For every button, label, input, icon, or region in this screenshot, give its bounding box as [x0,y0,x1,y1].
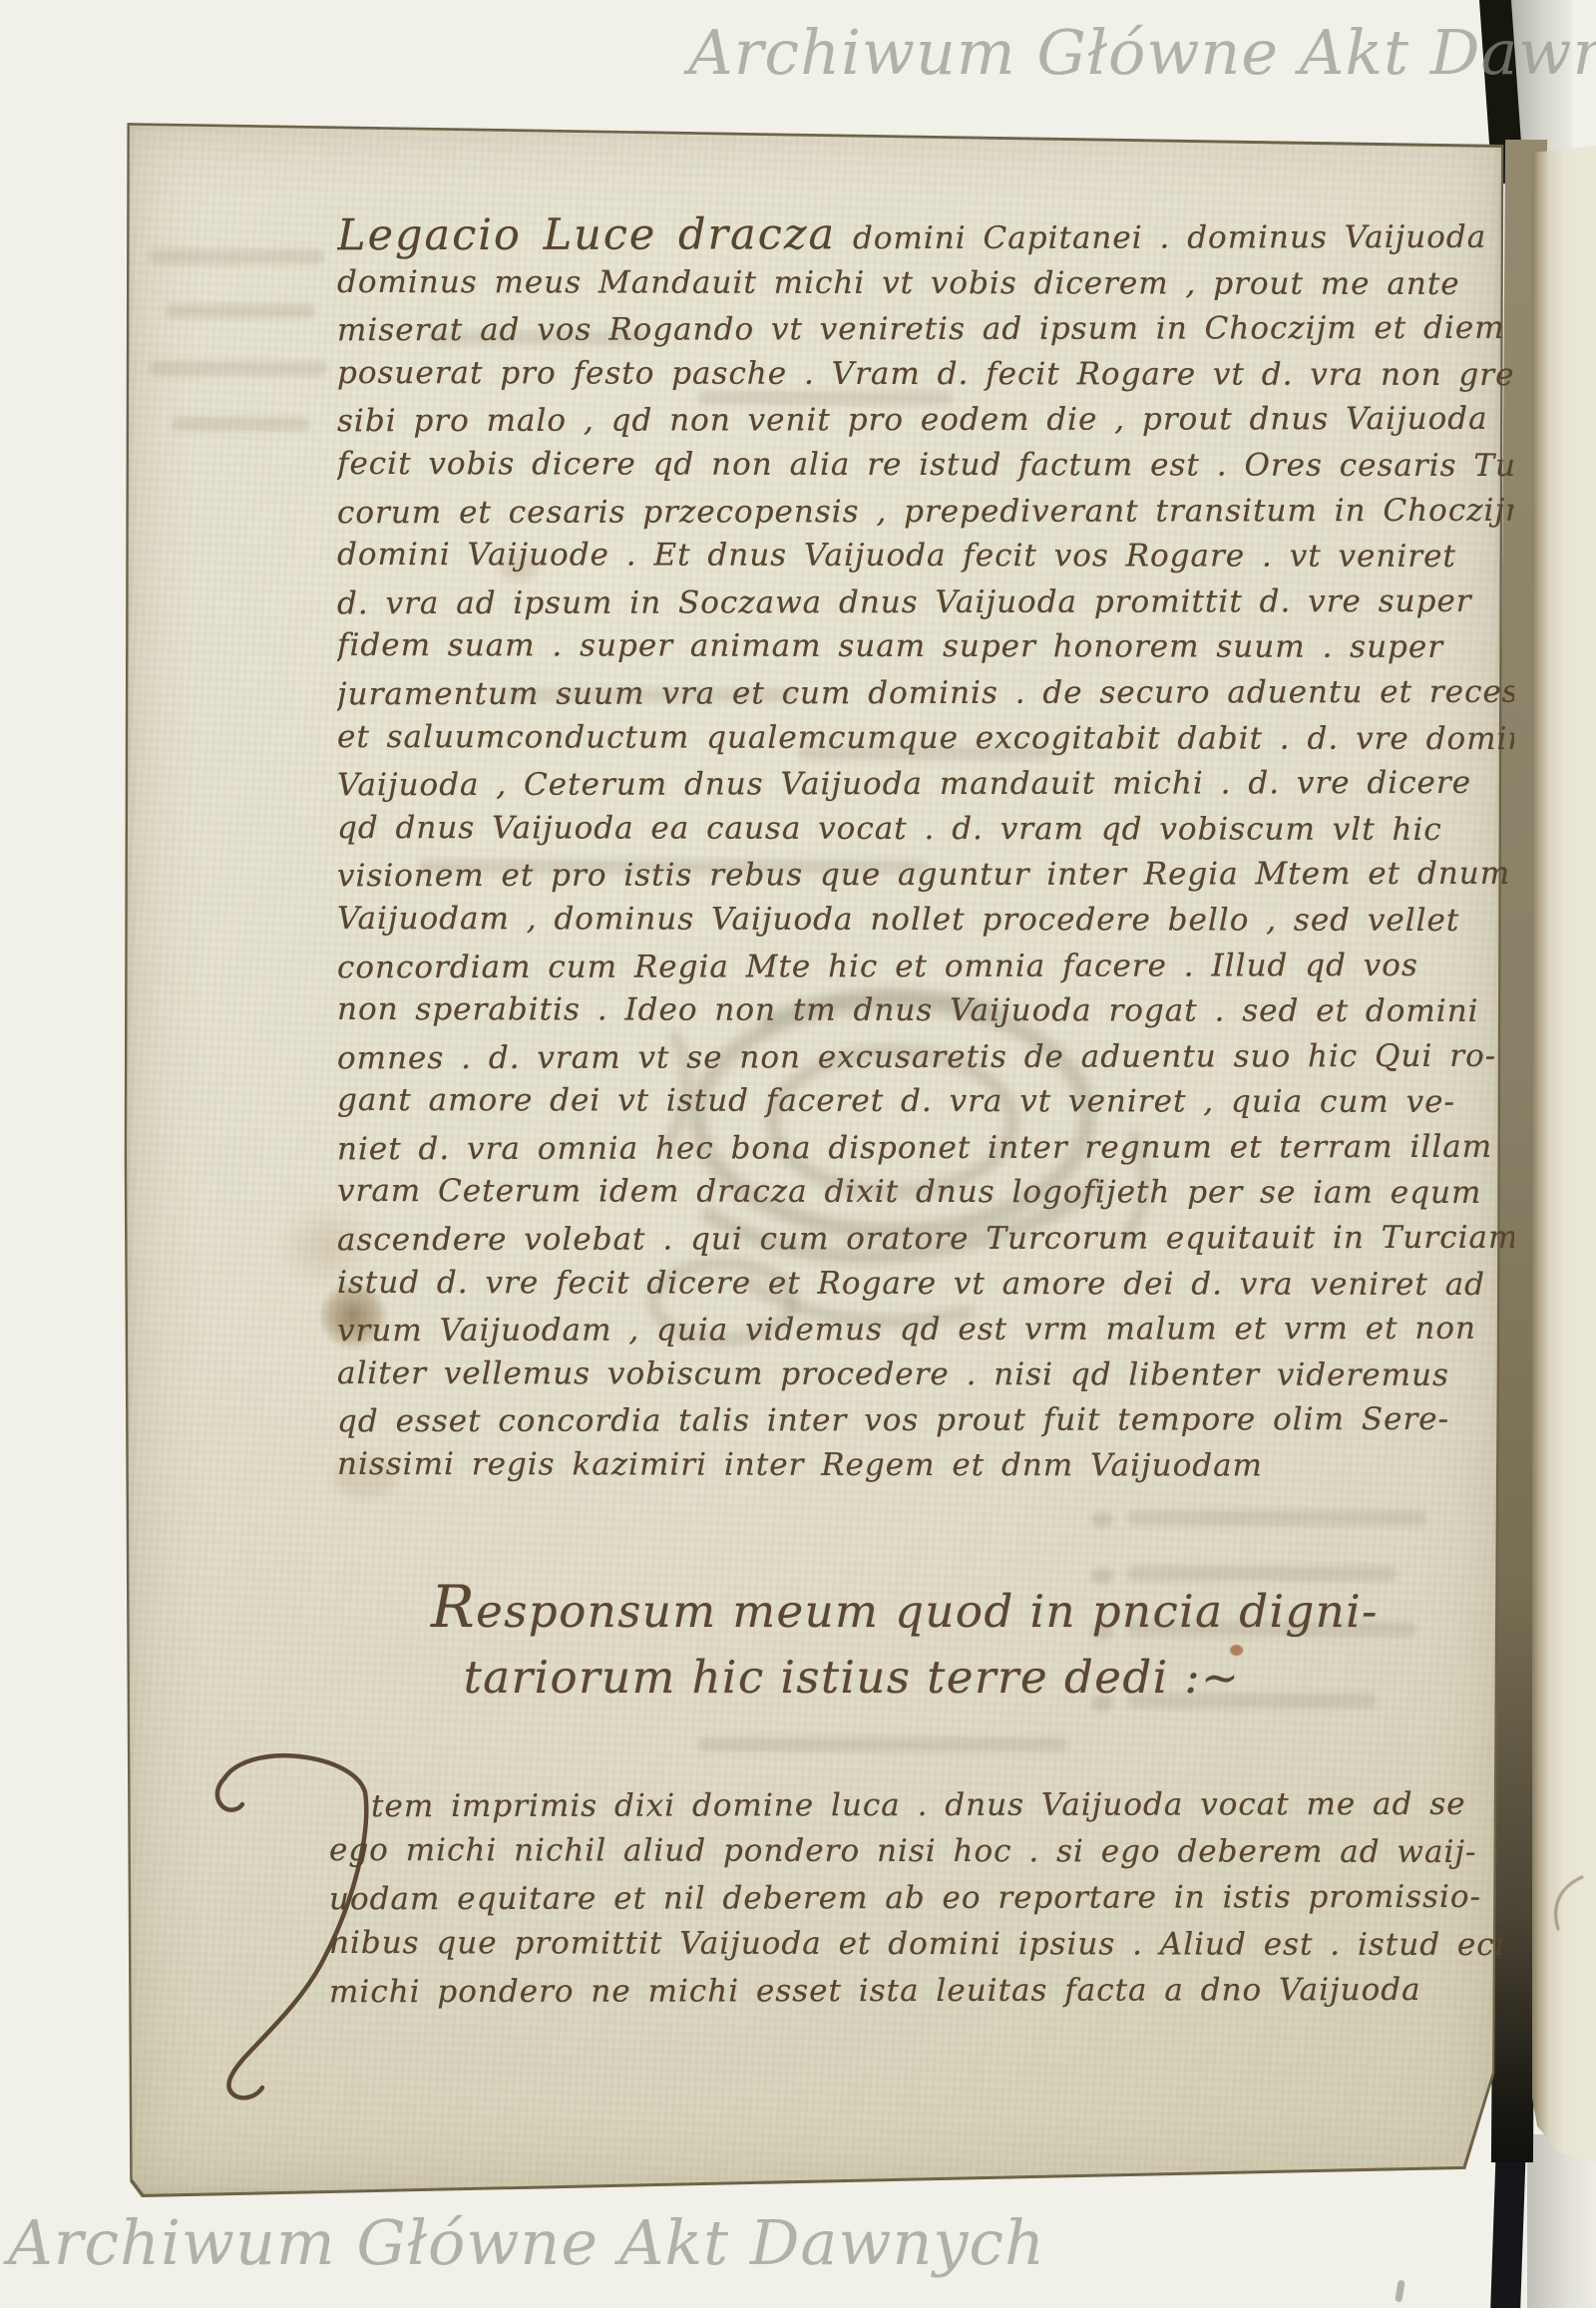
archive-watermark-top: Archiwum Główne Akt Dawnych [688,16,1596,89]
manuscript-line: qd dnus Vaijuoda ea causa vocat . d. vra… [337,806,1514,854]
manuscript-scan: Archiwum Główne Akt Dawnych Archiwum Głó… [0,0,1596,2308]
manuscript-line: et saluumconductum qualemcumque excogita… [337,715,1514,763]
manuscript-line: posuerat pro festo pasche . Vram d. feci… [337,351,1514,399]
manuscript-line: michi pondero ne michi esset ista leuita… [329,1967,1506,2014]
manuscript-line: istud d. vre fecit dicere et Rogare vt a… [337,1261,1514,1309]
manuscript-line: nibus que promittit Vaijuoda et domini i… [329,1919,1506,1968]
manuscript-line: sibi pro malo , qd non venit pro eodem d… [337,397,1514,445]
show-through-line [1127,1510,1426,1526]
show-through-line [150,361,327,376]
scan-artifact-mark [1395,2280,1404,2303]
manuscript-line: fecit vobis dicere qd non alia re istud … [337,442,1514,490]
folio-pen-mark [1544,1871,1590,1935]
manuscript-line: nissimi regis kazimiri inter Regem et dn… [337,1442,1514,1489]
opening-large-words: Legacio Luce dracza [337,211,836,260]
manuscript-line: fidem suam . super animam suam super hon… [337,623,1514,671]
heading-line-2: tariorum hic istius terre dedi :~ [431,1645,1273,1711]
manuscript-line: omnes . d. vram vt se non excusaretis de… [337,1033,1514,1081]
manuscript-line: niet d. vra omnia hec bona disponet inte… [337,1125,1514,1173]
manuscript-line: non sperabitis . Ideo non tm dnus Vaijuo… [337,987,1514,1035]
manuscript-line: gant amore dei vt istud faceret d. vra v… [337,1078,1514,1126]
show-through-line [698,1737,1067,1751]
manuscript-line: Vaijuodam , dominus Vaijuoda nollet proc… [337,897,1514,945]
manuscript-line: vrum Vaijuodam , quia videmus qd est vrm… [337,1307,1514,1354]
manuscript-line: uodam equitare et nil deberem ab eo repo… [329,1874,1506,1923]
manuscript-line: tem imprimis dixi domine luca . dnus Vai… [329,1781,1506,1830]
manuscript-line: concordiam cum Regia Mte hic et omnia fa… [337,943,1514,990]
manuscript-line: juramentum suum vra et cum dominis . de … [337,670,1514,718]
next-folio-edge [1532,146,1596,2162]
manuscript-line: vram Ceterum idem dracza dixit dnus logo… [337,1169,1514,1217]
manuscript-line: ego michi nichil aliud pondero nisi hoc … [329,1826,1506,1875]
manuscript-line: Legacio Luce dracza domini Capitanei . d… [337,211,1514,263]
heading-initial: R [431,1573,476,1641]
show-through-line [166,304,315,318]
legation-text-block: Legacio Luce dracza domini Capitanei . d… [337,211,1514,1489]
manuscript-line: ascendere volebat . qui cum oratore Turc… [337,1216,1514,1264]
show-through-line [172,417,309,431]
manuscript-line: miserat ad vos Rogando vt veniretis ad i… [337,306,1514,354]
archive-watermark-bottom: Archiwum Główne Akt Dawnych [8,2206,1045,2279]
manuscript-line: d. vra ad ipsum in Soczawa dnus Vaijuoda… [337,579,1514,627]
manuscript-line: visionem et pro istis rebus que aguntur … [337,852,1514,900]
manuscript-line: domini Vaijuode . Et dnus Vaijuoda fecit… [337,533,1514,580]
manuscript-line: dominus meus Mandauit michi vt vobis dic… [337,260,1514,308]
manuscript-line: aliter vellemus vobiscum procedere . nis… [337,1351,1514,1399]
manuscript-line: Vaijuoda , Ceterum dnus Vaijuoda mandaui… [337,761,1514,809]
background-shadow-band-bottom [1527,2134,1596,2308]
heading-line-1: Responsum meum quod in pncia digni- [431,1574,1273,1645]
show-through-line [150,249,324,264]
responsum-heading: Responsum meum quod in pncia digni- tari… [431,1574,1273,1711]
manuscript-line: corum et cesaris przecopensis , prepediv… [337,488,1514,536]
responsum-text-block: tem imprimis dixi domine luca . dnus Vai… [329,1781,1506,2014]
manuscript-line: qd esset concordia talis inter vos prout… [337,1397,1514,1445]
